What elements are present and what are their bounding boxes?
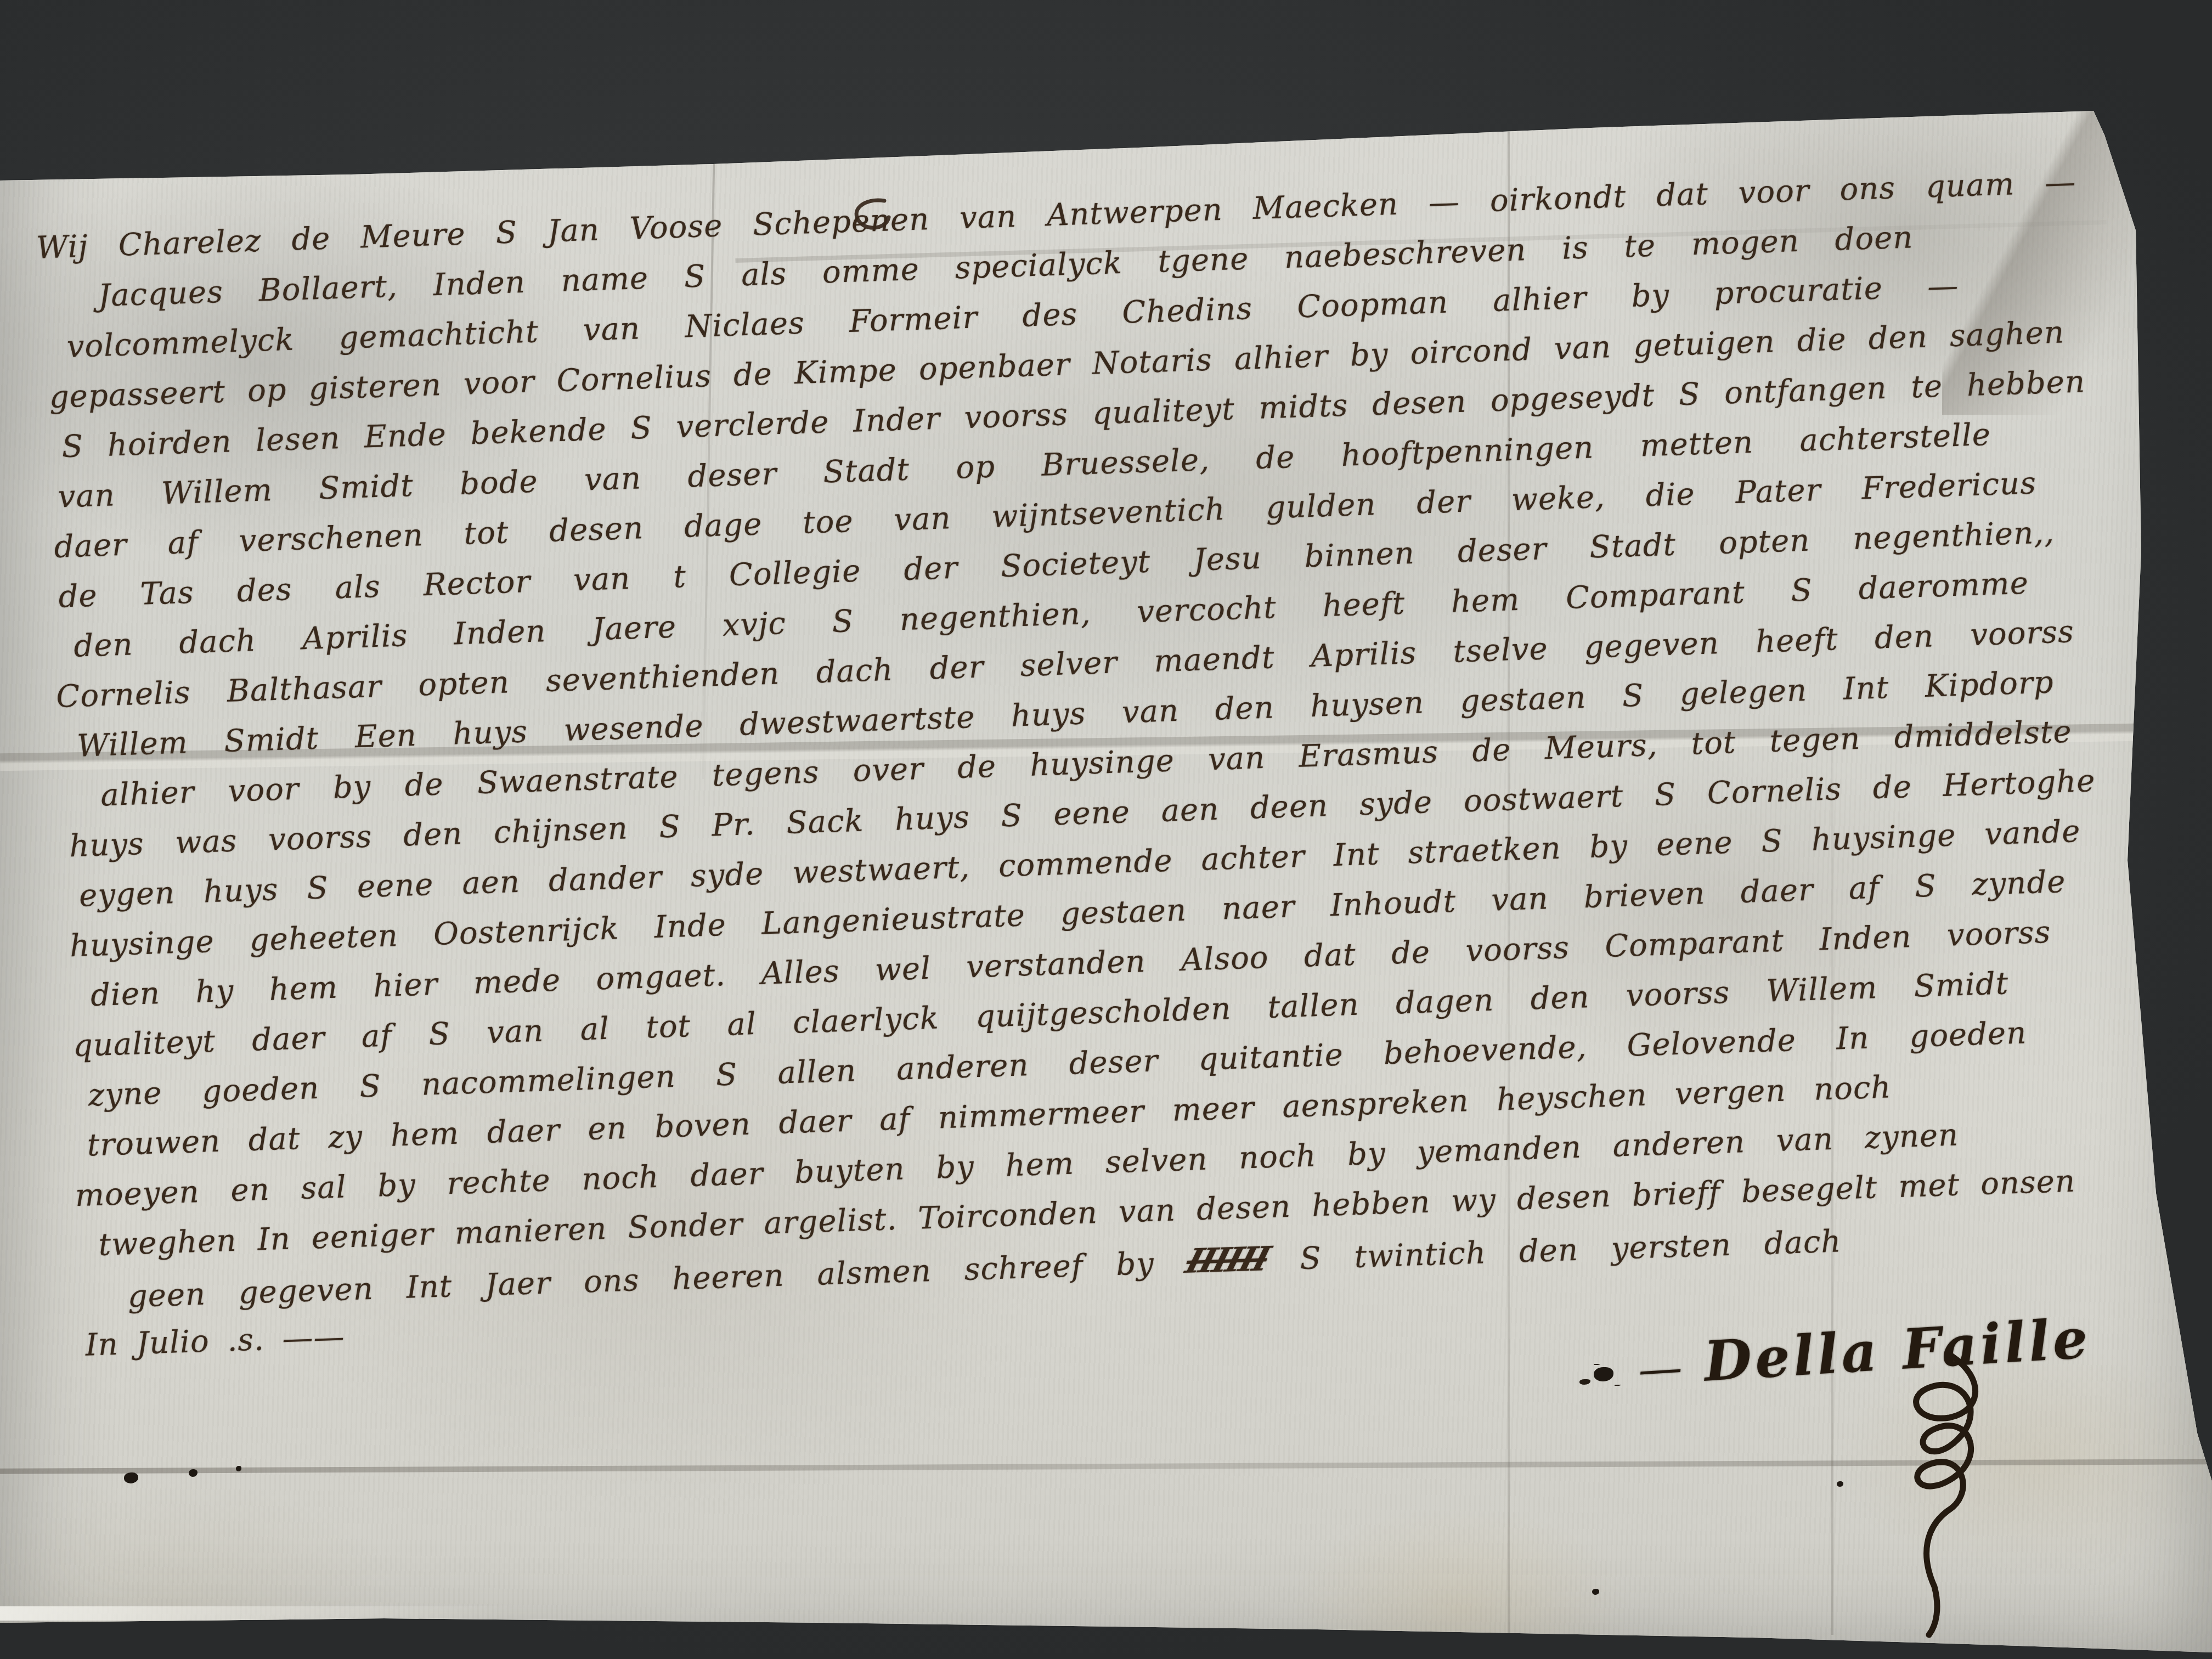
ink-spot (189, 1469, 198, 1477)
ink-splatter (1594, 1367, 1613, 1381)
ink-spot (1837, 1481, 1843, 1487)
parchment-sheet: Wij Charelez de Meure S Jan Voose Schepe… (0, 0, 2212, 1659)
ink-spot (124, 1472, 138, 1483)
signature-paraph (1870, 1345, 2023, 1641)
signature-dash: — (1637, 1341, 1684, 1395)
paper-edge-highlight (0, 1606, 516, 1621)
ink-spot (905, 1626, 917, 1632)
ink-spot (1592, 1589, 1599, 1595)
date-tally-marks: IIIIII (1181, 1239, 1272, 1281)
manuscript-text-block: Wij Charelez de Meure S Jan Voose Schepe… (30, 164, 2129, 1378)
